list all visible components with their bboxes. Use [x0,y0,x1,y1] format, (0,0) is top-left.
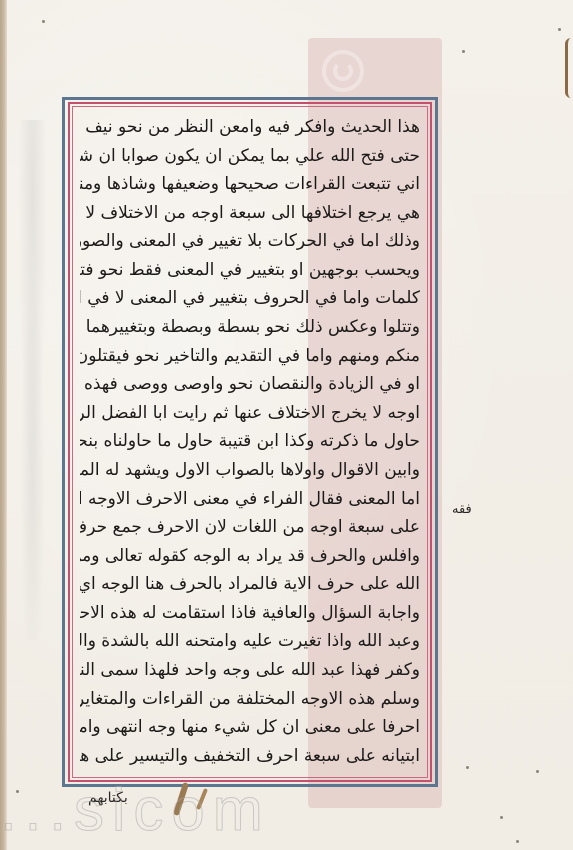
text-line: ابتيانه على سبعة احرف التخفيف والتيسير ع… [80,743,420,770]
text-line: هذا الحديث وافكر فيه وامعن النظر من نحو … [80,114,420,141]
text-line: او في الزيادة والنقصان نحو واوصى ووصى فه… [80,371,420,398]
text-line: وذلك اما في الحركات بلا تغيير في المعنى … [80,228,420,255]
show-through-shadow [10,120,55,640]
circle-logo-icon [322,50,364,92]
paper-speck [516,840,519,843]
paper-speck [536,770,539,773]
text-line: وسلم هذه الاوجه المختلفة من القراءات وال… [80,686,420,713]
text-line: الله على حرف الاية فالمراد بالحرف هنا ال… [80,571,420,598]
paper-speck [42,20,45,23]
paper-speck [462,50,465,53]
text-line: منكم ومنهم واما في التقديم والتاخير نحو … [80,343,420,370]
text-line: حتى فتح الله علي بما يمكن ان يكون صوابا … [80,143,420,170]
text-line: على سبعة اوجه من اللغات لان الاحرف جمع ح… [80,514,420,541]
text-line: احرفا على معنى ان كل شيء منها وجه انتهى … [80,714,420,741]
text-line: وتتلوا وعكس ذلك نحو بسطة وبصطة وبتغييرهم… [80,314,420,341]
text-line: وعبد الله واذا تغيرت عليه وامتحنه الله ب… [80,628,420,655]
paper-speck [558,28,561,31]
text-line: واجابة السؤال والعافية فاذا استقامت له ه… [80,600,420,627]
text-line: وابين الاقوال واولاها بالصواب الاول ويشه… [80,457,420,484]
text-line: ويحسب بوجهين او بتغيير في المعنى فقط نحو… [80,257,420,284]
paper-speck [500,816,503,819]
text-line: اما المعنى فقال الفراء في معنى الاحرف ال… [80,486,420,513]
manuscript-page: هذا الحديث وافكر فيه وامعن النظر من نحو … [0,0,573,850]
ink-stain [565,38,573,98]
text-line: هي يرجع اختلافها الى سبعة اوجه من الاختل… [80,200,420,227]
text-line: وكفر فهذا عبد الله على وجه واحد فلهذا سم… [80,657,420,684]
margin-note: فقه [452,502,472,517]
text-line: حاول ما ذكرته وكذا ابن قتيبة حاول ما حاو… [80,428,420,455]
paper-speck [466,766,469,769]
watermark-text: ...sicom [0,775,271,844]
text-line: اوجه لا يخرج الاختلاف عنها ثم رايت ابا ا… [80,400,420,427]
manuscript-text-block: هذا الحديث وافكر فيه وامعن النظر من نحو … [78,110,422,776]
text-line: وافلس والحرف قد يراد به الوجه كقوله تعال… [80,543,420,570]
text-line: كلمات واما في الحروف بتغيير في المعنى لا… [80,285,420,312]
binding-spine [0,0,7,850]
text-line: اني تتبعت القراءات صحيحها وضعيفها وشاذها… [80,171,420,198]
